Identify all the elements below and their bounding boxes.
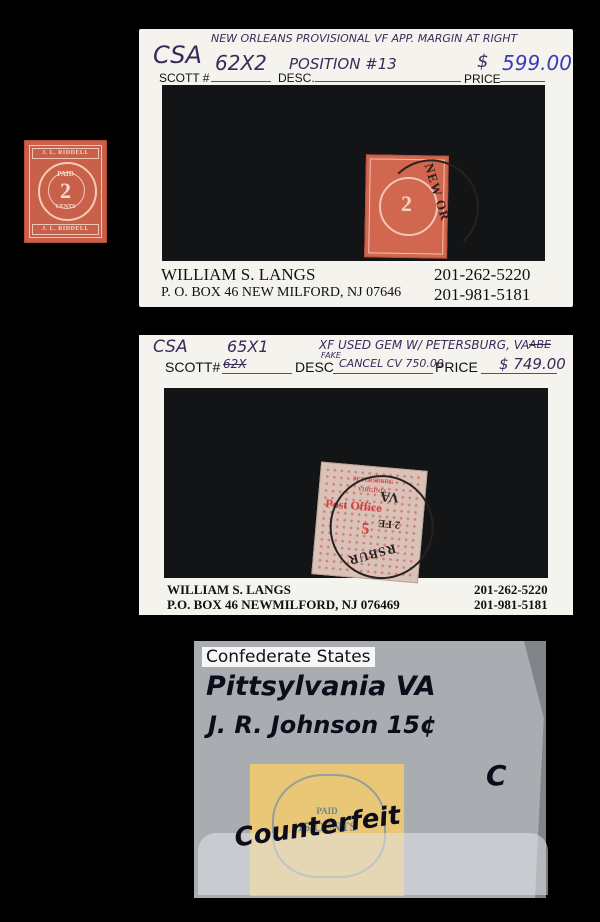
struck-scott-number: 62X bbox=[223, 357, 247, 371]
dealer-card-1: CSA NEW ORLEANS PROVISIONAL VF APP. MARG… bbox=[139, 29, 573, 307]
dealer-address: P. O. BOX 46 NEW MILFORD, NJ 07646 bbox=[161, 285, 401, 301]
dealer-phone-2: 201-981-5181 bbox=[434, 285, 530, 305]
scott-label: SCOTT # bbox=[159, 71, 209, 85]
scott-label: SCOTT# bbox=[165, 359, 220, 375]
note-line-1: Pittsylvania VA bbox=[206, 671, 436, 702]
dealer-phone-2: 201-981-5181 bbox=[474, 597, 548, 613]
desc-label: DESC. bbox=[278, 71, 315, 85]
desc-rule bbox=[333, 373, 433, 374]
dealer-name: WILLIAM S. LANGS bbox=[167, 582, 291, 598]
handwritten-struck-text: ABE bbox=[529, 338, 551, 351]
country-label: Confederate States bbox=[202, 647, 375, 667]
handwritten-description-1: XF USED GEM W/ PETERSBURG, VA bbox=[319, 338, 529, 352]
handwritten-price: 599.00 bbox=[502, 51, 572, 75]
postmark-date: 2 FE bbox=[377, 517, 400, 531]
postmark-state: VA bbox=[380, 487, 400, 505]
new-orleans-provisional-stamp[interactable]: 2 NEW OR bbox=[364, 154, 449, 258]
handwritten-country: CSA bbox=[153, 337, 188, 357]
handwritten-price: $ 749.00 bbox=[499, 355, 566, 373]
dealer-phone-1: 201-262-5220 bbox=[474, 582, 548, 598]
price-rule bbox=[481, 373, 557, 374]
handwritten-country: CSA bbox=[153, 41, 202, 69]
stamp-value: 2 bbox=[24, 178, 107, 204]
black-mount-area bbox=[162, 85, 545, 261]
dealer-phone-1: 201-262-5220 bbox=[434, 265, 530, 285]
desc-label: DESC bbox=[295, 359, 334, 375]
stamp-top-bar: J. L. RIDDELL bbox=[32, 148, 99, 159]
petersburg-5-cent-stamp[interactable]: PETERSBURG VIRGINIA Post Office 5 VA 2 F… bbox=[311, 462, 427, 584]
stamp-paid-text: PAID bbox=[24, 170, 107, 178]
price-rule bbox=[500, 81, 545, 82]
handwritten-price-symbol: $ bbox=[477, 51, 488, 72]
dealer-name: WILLIAM S. LANGS bbox=[161, 265, 315, 285]
desc-rule bbox=[315, 81, 461, 82]
handwritten-scott-number: 65X1 bbox=[227, 337, 269, 356]
handwritten-description-2: CANCEL CV 750.00 bbox=[339, 357, 444, 370]
dealer-address: P.O. BOX 46 NEWMILFORD, NJ 076469 bbox=[167, 597, 400, 613]
handwritten-scott-number: 62X2 bbox=[215, 51, 267, 75]
scott-rule bbox=[211, 81, 271, 82]
handwritten-description-1: NEW ORLEANS PROVISIONAL VF APP. MARGIN A… bbox=[211, 32, 517, 45]
scott-rule bbox=[222, 373, 292, 374]
stamp-bottom-bar: J. L. RIDDELL bbox=[32, 224, 99, 235]
price-label: PRICE bbox=[435, 359, 478, 375]
price-label: PRICE bbox=[464, 72, 501, 86]
note-line-2: J. R. Johnson 15¢ bbox=[208, 711, 437, 739]
riddell-2-cent-stamp[interactable]: J. L. RIDDELL PAID 2 CENTS J. L. RIDDELL bbox=[24, 140, 107, 243]
note-letter: C bbox=[486, 759, 507, 792]
stamp-cents-text: CENTS bbox=[24, 204, 107, 210]
